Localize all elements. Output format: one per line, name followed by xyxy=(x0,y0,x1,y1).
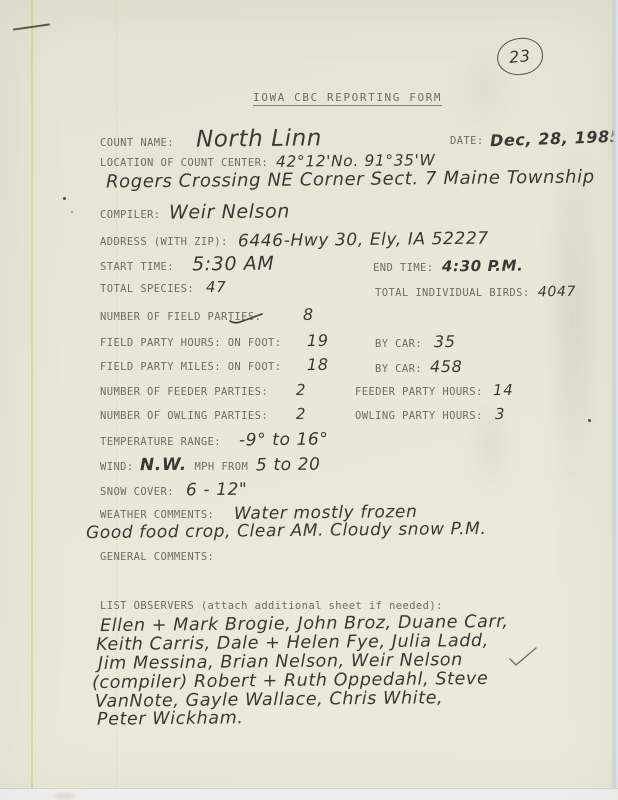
ink-speck xyxy=(71,211,73,213)
wind-mph-value: 5 to 20 xyxy=(256,455,321,476)
wind-direction-value: N.W. xyxy=(140,455,187,475)
owling-parties-value: 2 xyxy=(296,405,306,423)
party-miles-car-row: BY CAR: 458 xyxy=(375,357,462,376)
total-species-value: 47 xyxy=(206,278,226,296)
temperature-row: TEMPERATURE RANGE: -9° to 16° xyxy=(100,430,328,450)
observers-label: LIST OBSERVERS (attach additional sheet … xyxy=(100,600,443,612)
party-miles-car-label: BY CAR: xyxy=(375,363,422,375)
party-miles-row: FIELD PARTY MILES: ON FOOT: 18 xyxy=(100,355,329,374)
feeder-parties-row: NUMBER OF FEEDER PARTIES: 2 xyxy=(100,381,306,399)
party-miles-foot-value: 18 xyxy=(307,355,329,374)
compiler-row: COMPILER: Weir Nelson xyxy=(100,201,289,223)
start-time-label: START TIME: xyxy=(100,261,174,273)
compiler-value: Weir Nelson xyxy=(168,200,289,223)
total-birds-label: TOTAL INDIVIDUAL BIRDS: xyxy=(375,287,530,299)
wind-mph-label: MPH FROM xyxy=(194,461,248,473)
count-name-label: COUNT NAME: xyxy=(100,137,174,149)
total-species-label: TOTAL SPECIES: xyxy=(100,283,194,295)
count-name-row: COUNT NAME: North Linn xyxy=(100,126,322,152)
scan-edge-right xyxy=(610,0,618,800)
feeder-parties-value: 2 xyxy=(296,381,306,399)
field-parties-value: 8 xyxy=(303,305,314,324)
weather-comments-label: WEATHER COMMENTS: xyxy=(100,509,214,521)
owling-parties-label: NUMBER OF OWLING PARTIES: xyxy=(100,410,268,422)
date-row: DATE: Dec, 28, 1985 xyxy=(450,129,618,148)
date-value: Dec, 28, 1985 xyxy=(489,127,618,151)
date-label: DATE: xyxy=(450,135,484,147)
feeder-hours-value: 14 xyxy=(493,381,513,399)
pencil-mark xyxy=(13,23,50,30)
ink-speck xyxy=(63,197,66,200)
page-number: 23 xyxy=(508,46,531,67)
location-value-line2: Rogers Crossing NE Corner Sect. 7 Maine … xyxy=(106,166,595,192)
feeder-parties-label: NUMBER OF FEEDER PARTIES: xyxy=(100,386,268,398)
owling-hours-value: 3 xyxy=(495,405,505,423)
start-time-value: 5:30 AM xyxy=(192,253,275,276)
owling-hours-row: OWLING PARTY HOURS: 3 xyxy=(355,405,505,423)
snow-cover-value: 6 - 12" xyxy=(186,480,248,501)
party-hours-car-value: 35 xyxy=(434,332,456,351)
wind-label: WIND: xyxy=(100,461,134,473)
general-comments-label: GENERAL COMMENTS: xyxy=(100,551,214,563)
party-miles-label: FIELD PARTY MILES: ON FOOT: xyxy=(100,361,281,373)
observers-line: Peter Wickham. xyxy=(97,708,244,730)
location-row: LOCATION OF COUNT CENTER: 42°12'No. 91°3… xyxy=(100,152,435,170)
total-birds-row: TOTAL INDIVIDUAL BIRDS: 4047 xyxy=(375,284,576,300)
temperature-label: TEMPERATURE RANGE: xyxy=(100,436,221,448)
feeder-hours-row: FEEDER PARTY HOURS: 14 xyxy=(355,381,513,399)
temperature-value: -9° to 16° xyxy=(239,430,329,451)
form-title: IOWA CBC REPORTING FORM xyxy=(253,91,442,106)
address-label: ADDRESS (WITH ZIP): xyxy=(100,236,228,248)
compiler-label: COMPILER: xyxy=(100,209,161,221)
observers-checkmark-icon xyxy=(508,646,538,668)
end-time-value: 4:30 P.M. xyxy=(441,257,523,276)
field-parties-label: NUMBER OF FIELD PARTIES: xyxy=(100,311,261,323)
party-hours-car-label: BY CAR: xyxy=(375,338,422,350)
party-miles-car-value: 458 xyxy=(430,357,463,376)
pink-smear-mark xyxy=(53,794,75,798)
end-time-row: END TIME: 4:30 P.M. xyxy=(373,257,523,275)
location-label: LOCATION OF COUNT CENTER: xyxy=(100,157,268,169)
total-birds-value: 4047 xyxy=(538,284,576,300)
snow-cover-label: SNOW COVER: xyxy=(100,486,174,498)
scan-edge-bottom xyxy=(0,788,618,800)
party-hours-foot-value: 19 xyxy=(307,331,329,350)
owling-hours-label: OWLING PARTY HOURS: xyxy=(355,410,483,422)
party-hours-label: FIELD PARTY HOURS: ON FOOT: xyxy=(100,337,281,349)
start-time-row: START TIME: 5:30 AM xyxy=(100,253,274,275)
snow-cover-row: SNOW COVER: 6 - 12" xyxy=(100,480,247,500)
address-row: ADDRESS (WITH ZIP): 6446-Hwy 30, Ely, IA… xyxy=(100,230,488,250)
address-value: 6446-Hwy 30, Ely, IA 52227 xyxy=(238,229,489,252)
party-hours-car-row: BY CAR: 35 xyxy=(375,332,456,351)
ink-speck xyxy=(588,419,591,422)
page-number-circle: 23 xyxy=(495,36,544,77)
wind-row: WIND: N.W. MPH FROM 5 to 20 xyxy=(100,455,321,475)
owling-parties-row: NUMBER OF OWLING PARTIES: 2 xyxy=(100,405,306,423)
end-time-label: END TIME: xyxy=(373,262,434,274)
weather-comments-line2: Good food crop, Clear AM. Cloudy snow P.… xyxy=(86,519,487,543)
paper-crease-line xyxy=(31,0,33,800)
feeder-hours-label: FEEDER PARTY HOURS: xyxy=(355,386,483,398)
party-hours-row: FIELD PARTY HOURS: ON FOOT: 19 xyxy=(100,331,329,350)
field-parties-row: NUMBER OF FIELD PARTIES: 8 xyxy=(100,305,314,324)
scanned-cbc-form-page: 23 IOWA CBC REPORTING FORM COUNT NAME: N… xyxy=(0,0,618,800)
count-name-value: North Linn xyxy=(196,125,322,152)
